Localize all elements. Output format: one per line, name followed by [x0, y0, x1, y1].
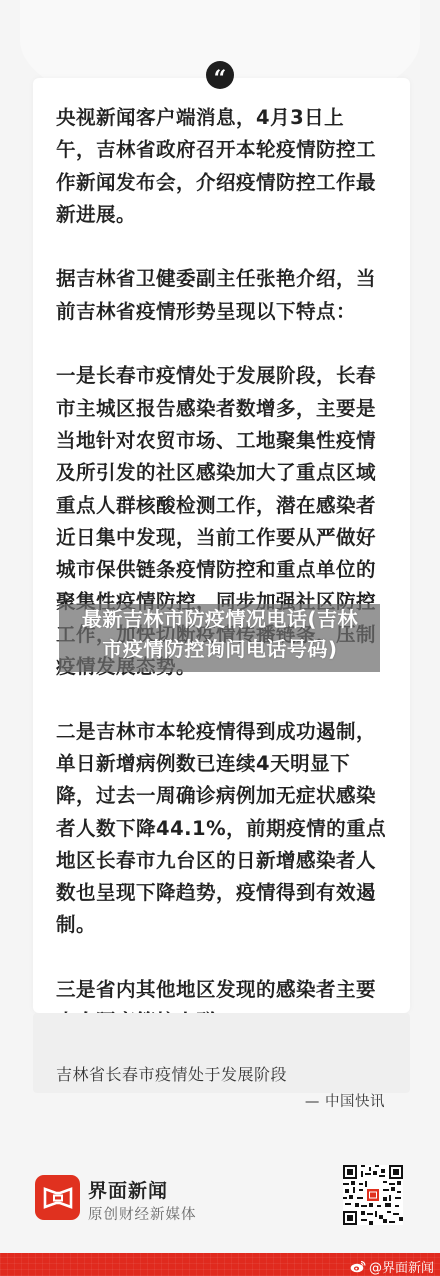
text-line: 作新闻发布会，介绍疫情防控工作最	[56, 167, 392, 199]
brand-name: 界面新闻	[88, 1176, 168, 1203]
text-line: 制。	[56, 909, 392, 941]
text-line: 单日新增病例数已连续4天明显下	[56, 748, 392, 780]
brand-slogan: 原创财经新媒体	[88, 1203, 197, 1224]
qr-code[interactable]	[343, 1165, 403, 1225]
weibo-icon	[350, 1260, 366, 1273]
paragraph-point-two: 二是吉林市本轮疫情得到成功遏制， 单日新增病例数已连续4天明显下 降，过去一周确…	[56, 716, 392, 942]
summary-quote-source: — 中国快讯	[305, 1090, 385, 1111]
text-line: 降，过去一周确诊病例加无症状感染	[56, 780, 392, 812]
text-line: 午，吉林省政府召开本轮疫情防控工	[56, 134, 392, 166]
weibo-handle: @界面新闻	[369, 1257, 434, 1276]
jiemian-logo-icon	[35, 1175, 80, 1220]
overlay-title: 最新吉林市防疫情况电话(吉林 市疫情防控询问电话号码)	[40, 604, 400, 664]
text-line: 新进展。	[56, 199, 392, 231]
article-body: 央视新闻客户端消息，4月3日上 午，吉林省政府召开本轮疫情防控工 作新闻发布会，…	[56, 102, 392, 1071]
quote-icon: “	[206, 61, 234, 89]
text-line: 市主城区报告感染者数增多，主要是	[56, 393, 392, 425]
page: “ 央视新闻客户端消息，4月3日上 午，吉林省政府召开本轮疫情防控工 作新闻发布…	[0, 0, 440, 1276]
text-line: 者人数下降44.1%，前期疫情的重点	[56, 813, 392, 845]
summary-quote-title: 吉林省长春市疫情处于发展阶段	[56, 1062, 287, 1085]
overlay-title-line-2: 市疫情防控询问电话号码)	[40, 634, 400, 664]
text-line: 近日集中发现，当前工作要从严做好	[56, 522, 392, 554]
text-line: 地区长春市九台区的日新增感染者人	[56, 845, 392, 877]
paragraph-intro: 央视新闻客户端消息，4月3日上 午，吉林省政府召开本轮疫情防控工 作新闻发布会，…	[56, 102, 392, 231]
text-line: 央视新闻客户端消息，4月3日上	[56, 102, 392, 134]
text-line: 城市保供链条疫情防控和重点单位的	[56, 554, 392, 586]
text-line: 二是吉林市本轮疫情得到成功遏制，	[56, 716, 392, 748]
paragraph-source: 据吉林省卫健委副主任张艳介绍，当 前吉林省疫情形势呈现以下特点：	[56, 263, 392, 328]
text-line: 一是长春市疫情处于发展阶段，长春	[56, 360, 392, 392]
text-line: 重点人群核酸检测工作，潜在感染者	[56, 490, 392, 522]
text-line: 三是省内其他地区发现的感染者主要	[56, 974, 392, 1006]
overlay-title-line-1: 最新吉林市防疫情况电话(吉林	[40, 604, 400, 634]
text-line: 前吉林省疫情形势呈现以下特点：	[56, 296, 392, 328]
text-line: 据吉林省卫健委副主任张艳介绍，当	[56, 263, 392, 295]
text-line: 及所引发的社区感染加大了重点区域	[56, 457, 392, 489]
text-line: 数也呈现下降趋势，疫情得到有效遏	[56, 877, 392, 909]
weibo-watermark: @界面新闻	[350, 1257, 434, 1276]
text-line: 当地针对农贸市场、工地聚集性疫情	[56, 425, 392, 457]
